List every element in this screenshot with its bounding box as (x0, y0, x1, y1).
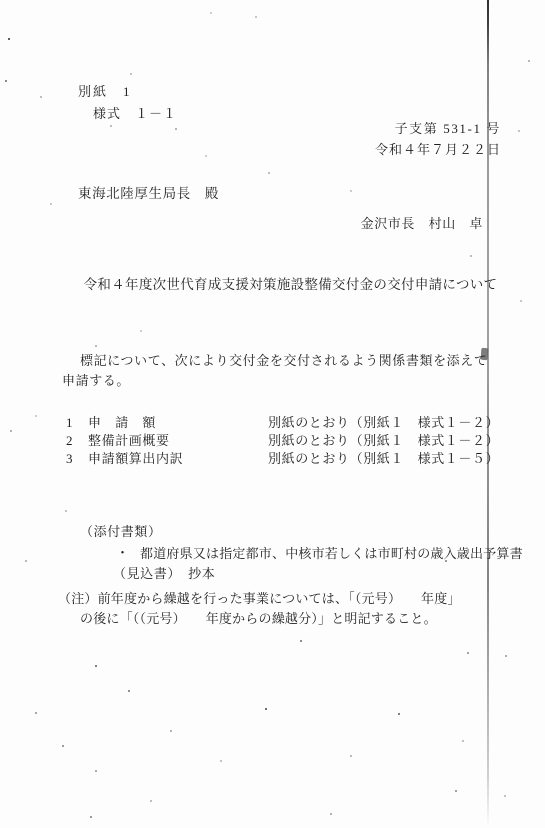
scanned-document-page: 別紙 1 様式 １－１ 子支第 531-1 号 令和４年７月２２日 東海北陸厚生… (0, 0, 545, 828)
item-label: 申 請 額 (88, 415, 156, 431)
document-date: 令和４年７月２２日 (375, 142, 501, 158)
document-number: 子支第 531-1 号 (395, 121, 501, 137)
addressee-line: 東海北陸厚生局長 殿 (78, 186, 219, 202)
form-number-label: 様式 １－１ (93, 106, 177, 122)
body-text-line-2: 申請する。 (62, 373, 130, 389)
item-value: 別紙のとおり（別紙１ 様式１－２） (268, 415, 499, 431)
item-number: 1 (66, 415, 73, 431)
item-number: 2 (66, 433, 73, 449)
note-line-1: （注）前年度から繰越を行った事業については、「（元号） 年度」 (58, 591, 461, 607)
sender-line: 金沢市長 村山 卓 (361, 216, 483, 232)
note-line-2: の後に「（（元号） 年度からの繰越分）」と明記すること。 (80, 611, 437, 627)
document-title: 令和４年度次世代育成支援対策施設整備交付金の交付申請について (0, 277, 545, 293)
item-value: 別紙のとおり（別紙１ 様式１－５） (268, 451, 499, 467)
attachment-item-line-1: 都道府県又は指定都市、中核市若しくは市町村の歳入歳出予算書 (140, 546, 523, 562)
attachments-heading: （添付書類） (80, 524, 162, 540)
item-number: 3 (66, 451, 73, 467)
bullet-point: ・ (116, 545, 130, 561)
item-label: 整備計画概要 (88, 433, 170, 449)
attachment-label: 別紙 1 (78, 84, 132, 100)
item-value: 別紙のとおり（別紙１ 様式１－２） (268, 433, 499, 449)
attachment-item-line-2: （見込書） 抄本 (113, 566, 215, 582)
body-text-line-1: 標記について、次により交付金を交付されるよう関係書類を添えて (80, 353, 487, 369)
item-label: 申請額算出内訳 (88, 451, 183, 467)
